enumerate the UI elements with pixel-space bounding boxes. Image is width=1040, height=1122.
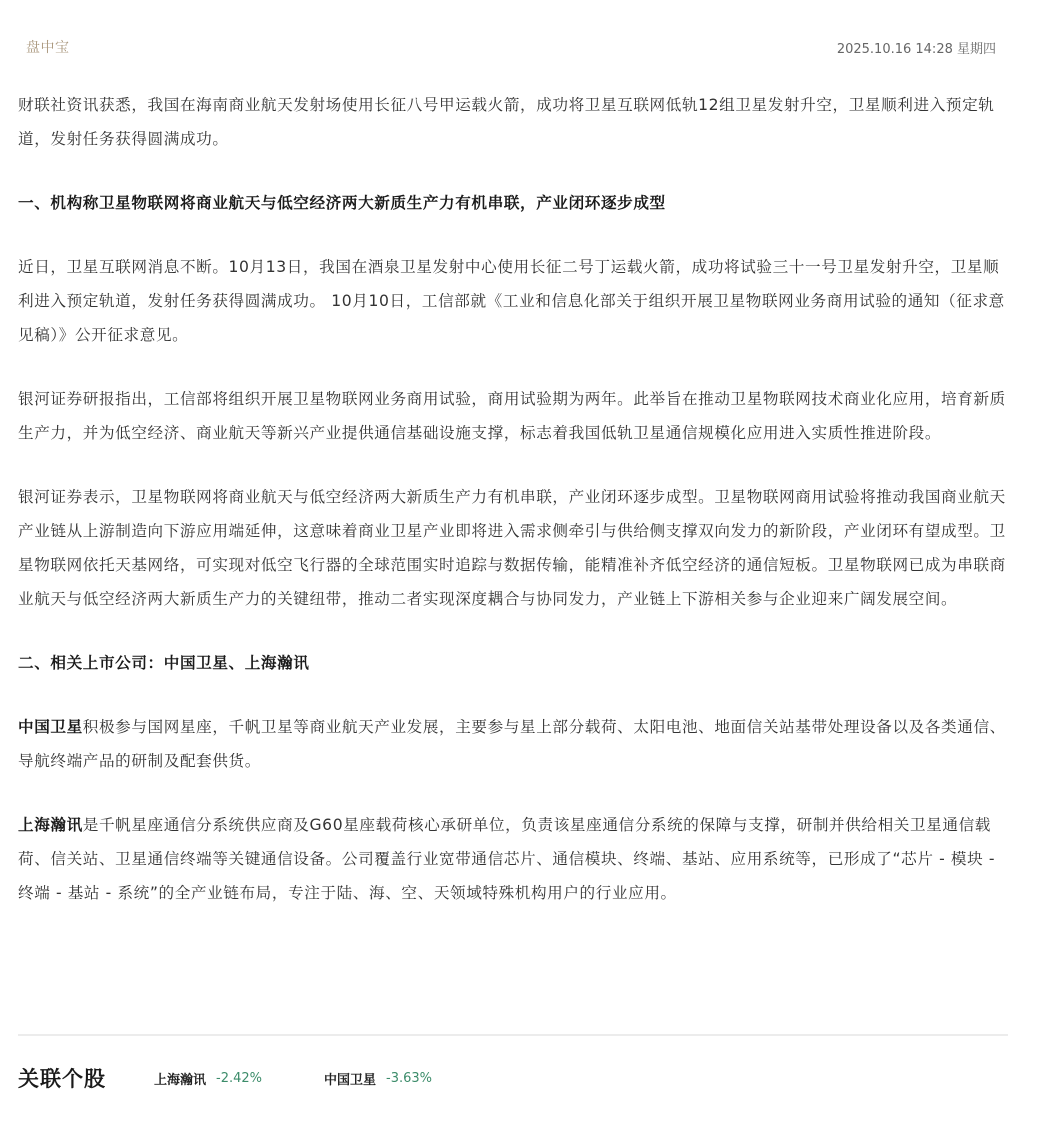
company-paragraph-china-satellite: 中国卫星积极参与国网星座，千帆卫星等商业航天产业发展，主要参与星上部分载荷、太阳… (18, 710, 1010, 778)
stock-name: 上海瀚讯 (154, 1069, 206, 1088)
paragraph-launch-news: 近日，卫星互联网消息不断。10月13日，我国在酒泉卫星发射中心使用长征二号丁运载… (18, 250, 1010, 352)
company-paragraph-shanghai-hanxun: 上海瀚讯是千帆星座通信分系统供应商及G60星座载荷核心承研单位，负责该星座通信分… (18, 808, 1010, 910)
article-header: 盘中宝 2025.10.16 14:28 星期四 (26, 36, 996, 58)
publish-datetime: 2025.10.16 14:28 星期四 (837, 38, 996, 57)
paragraph-broker-research: 银河证券研报指出，工信部将组织开展卫星物联网业务商用试验，商用试验期为两年。此举… (18, 382, 1010, 450)
section-heading-1: 一、机构称卫星物联网将商业航天与低空经济两大新质生产力有机串联，产业闭环逐步成型 (18, 186, 1010, 220)
stock-change: -2.42% (216, 1071, 262, 1086)
company-name: 中国卫星 (18, 718, 83, 736)
related-stocks-title: 关联个股 (18, 1063, 106, 1093)
company-description: 积极参与国网星座，千帆卫星等商业航天产业发展，主要参与星上部分载荷、太阳电池、地… (18, 718, 1006, 770)
paragraph-broker-view: 银河证券表示，卫星物联网将商业航天与低空经济两大新质生产力有机串联，产业闭环逐步… (18, 480, 1010, 616)
company-name: 上海瀚讯 (18, 816, 83, 834)
related-stock-china-satellite[interactable]: 中国卫星 -3.63% (324, 1069, 432, 1088)
related-stocks-bar: 关联个股 上海瀚讯 -2.42% 中国卫星 -3.63% (18, 1060, 494, 1096)
stock-name: 中国卫星 (324, 1069, 376, 1088)
section-divider (18, 1034, 1008, 1036)
source-tag[interactable]: 盘中宝 (26, 37, 70, 57)
company-description: 是千帆星座通信分系统供应商及G60星座载荷核心承研单位，负责该星座通信分系统的保… (18, 816, 995, 902)
section-heading-2: 二、相关上市公司：中国卫星、上海瀚讯 (18, 646, 1010, 680)
article-body: 财联社资讯获悉，我国在海南商业航天发射场使用长征八号甲运载火箭，成功将卫星互联网… (18, 88, 1010, 910)
stock-change: -3.63% (386, 1071, 432, 1086)
intro-paragraph: 财联社资讯获悉，我国在海南商业航天发射场使用长征八号甲运载火箭，成功将卫星互联网… (18, 88, 1010, 156)
related-stock-shanghai-hanxun[interactable]: 上海瀚讯 -2.42% (154, 1069, 262, 1088)
